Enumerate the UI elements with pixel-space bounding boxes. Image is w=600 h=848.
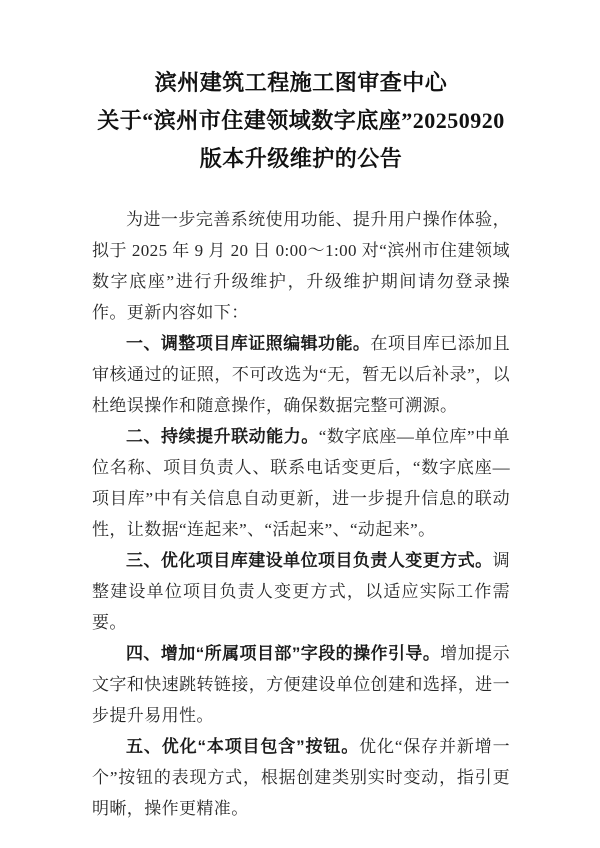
item-paragraph-5: 五、优化“本项目包含”按钮。优化“保存并新增一个”按钮的表现方式，根据创建类别实… (92, 731, 510, 824)
announcement-document: 滨州建筑工程施工图审查中心 关于“滨州市住建领域数字底座”20250920 版本… (0, 0, 600, 848)
item-paragraph-4: 四、增加“所属项目部”字段的操作引导。增加提示文字和快速跳转链接，方便建设单位创… (92, 638, 510, 731)
item-1-heading: 一、调整项目库证照编辑功能。 (126, 334, 370, 353)
item-4-heading: 四、增加“所属项目部”字段的操作引导。 (126, 644, 440, 663)
item-2-heading: 二、持续提升联动能力。 (126, 427, 319, 446)
title-line-2: 关于“滨州市住建领域数字底座”20250920 (92, 102, 510, 140)
intro-paragraph: 为进一步完善系统使用功能、提升用户操作体验，拟于 2025 年 9 月 20 日… (92, 204, 510, 328)
item-5-heading: 五、优化“本项目包含”按钮。 (126, 737, 359, 756)
item-paragraph-1: 一、调整项目库证照编辑功能。在项目库已添加且审核通过的证照，不可改选为“无，暂无… (92, 328, 510, 421)
title-line-1: 滨州建筑工程施工图审查中心 (92, 64, 510, 102)
document-title: 滨州建筑工程施工图审查中心 关于“滨州市住建领域数字底座”20250920 版本… (92, 64, 510, 178)
title-line-3: 版本升级维护的公告 (92, 140, 510, 178)
item-paragraph-3: 三、优化项目库建设单位项目负责人变更方式。调整建设单位项目负责人变更方式，以适应… (92, 545, 510, 638)
item-3-heading: 三、优化项目库建设单位项目负责人变更方式。 (126, 551, 493, 570)
item-paragraph-2: 二、持续提升联动能力。“数字底座—单位库”中单位名称、项目负责人、联系电话变更后… (92, 421, 510, 545)
